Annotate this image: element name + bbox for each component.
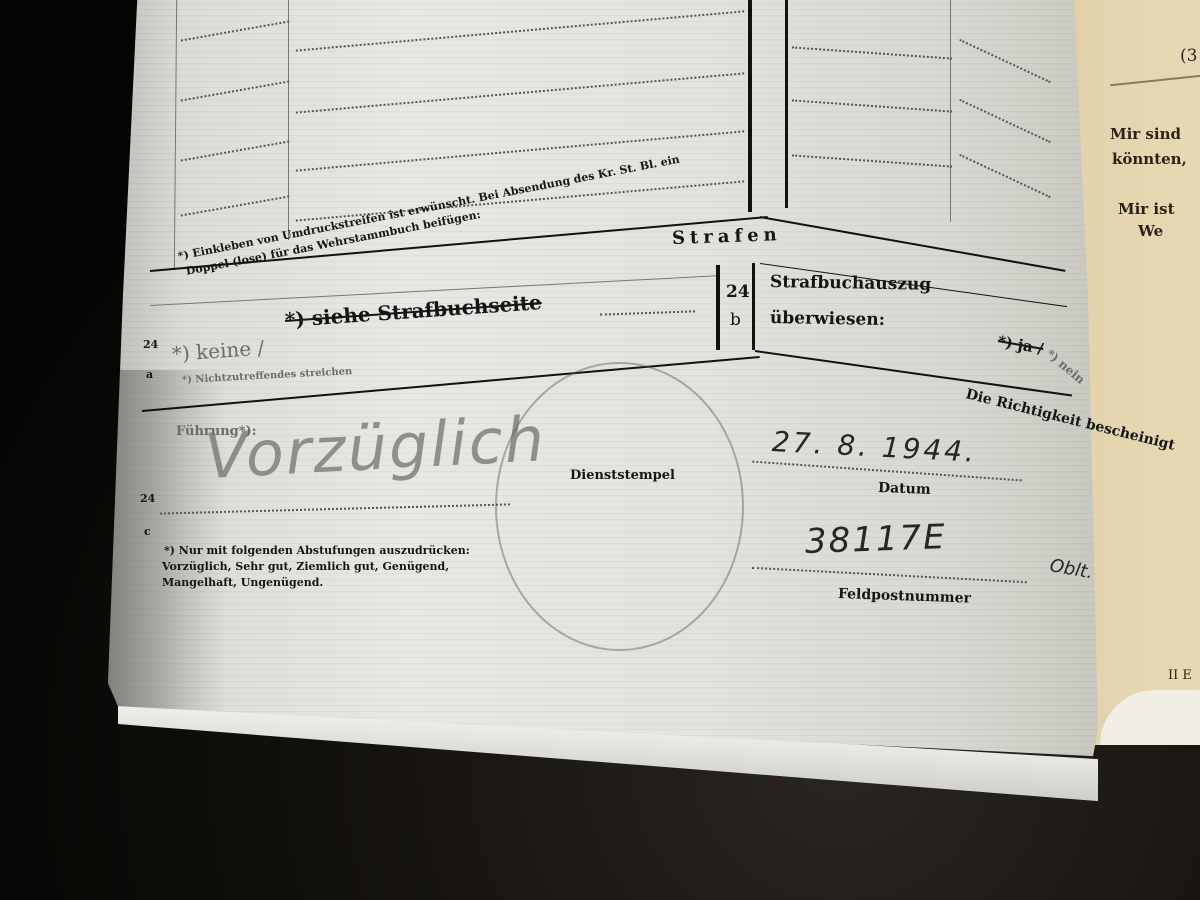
column-rule-thick: [748, 0, 752, 212]
field-24b-letter: b: [730, 310, 741, 330]
field-24a-letter: a: [146, 368, 153, 381]
field-24b-label-line2: überwiesen:: [770, 308, 885, 330]
field-24c-number: 24: [140, 492, 155, 505]
column-rule-thick: [785, 0, 788, 208]
field-24b-number: 24: [726, 282, 750, 302]
official-stamp-circle: [495, 362, 744, 651]
field-24c-letter: c: [144, 525, 151, 538]
facing-page-lower-edge: [1100, 690, 1200, 745]
facing-page-footer: II E: [1168, 668, 1192, 683]
facing-page-line: Mir sind: [1110, 125, 1181, 143]
facing-page-line: We: [1138, 222, 1163, 240]
stamp-label: Dienststempel: [570, 468, 675, 483]
datum-label: Datum: [878, 480, 931, 498]
facing-page-number: (3: [1180, 46, 1197, 66]
column-line: [288, 0, 289, 240]
field-24c-footnote-line2: Vorzüglich, Sehr gut, Ziemlich gut, Genü…: [162, 560, 449, 573]
column-rule-thick: [752, 263, 755, 350]
column-rule-thick: [716, 265, 720, 350]
facing-page-rule: [1110, 72, 1200, 87]
field-24c-footnote-line1: *) Nur mit folgenden Abstufungen auszudr…: [164, 544, 470, 557]
field-24c-footnote-line3: Mangelhaft, Ungenügend.: [162, 576, 323, 589]
facing-page-line: könnten,: [1112, 150, 1187, 168]
section-title: Strafen: [672, 224, 782, 249]
field-24a-number: 24: [143, 338, 158, 351]
facing-page-line: Mir ist: [1118, 200, 1175, 218]
feldpostnummer-handwritten-value: 38117E: [804, 517, 947, 562]
